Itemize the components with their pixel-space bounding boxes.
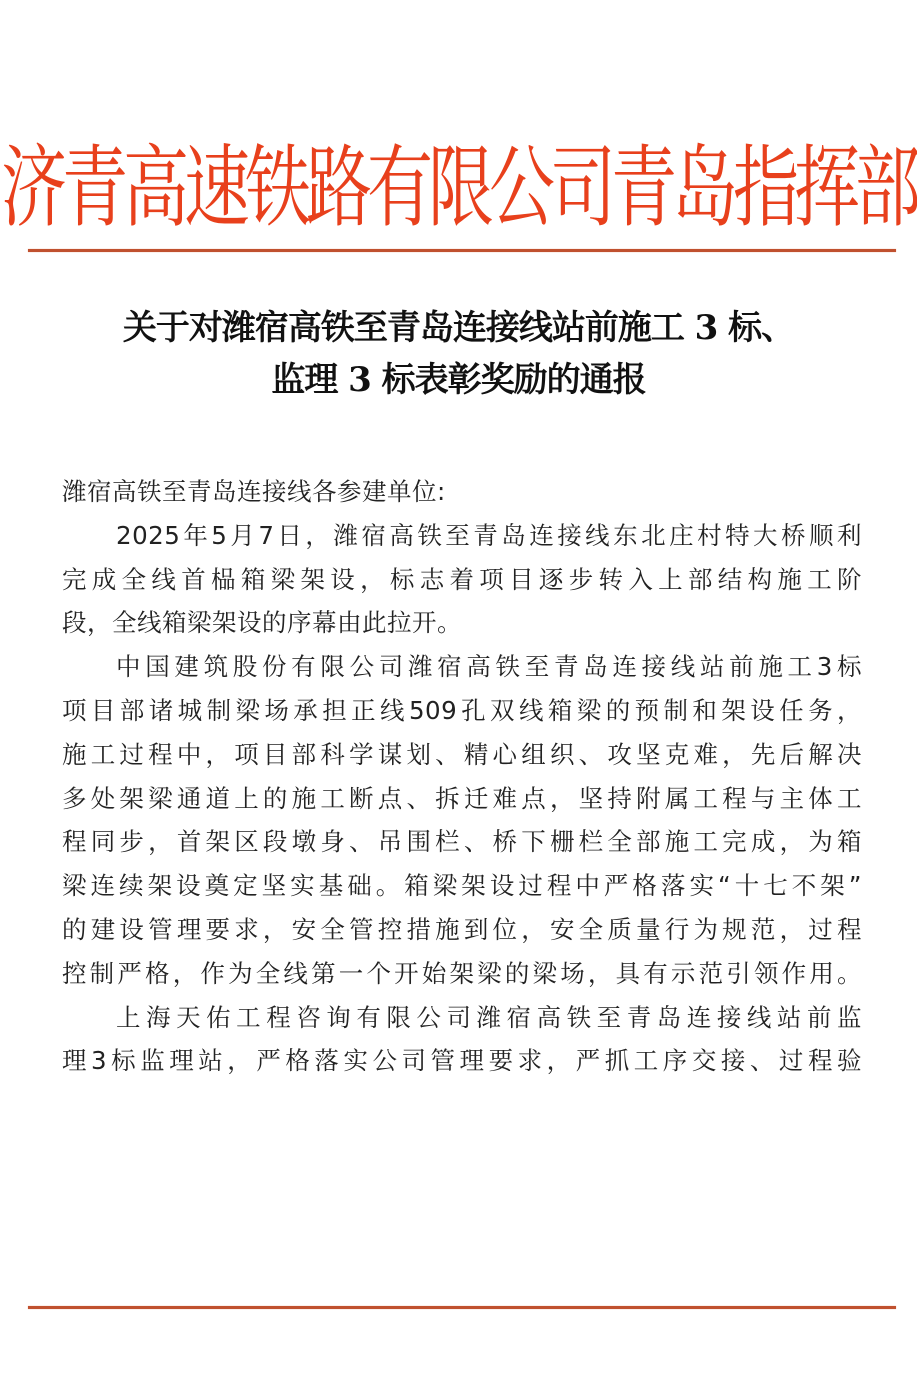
paragraph-2-line-6: 梁连续架设奠定坚实基础。箱梁架设过程中严格落实“十七不架”	[62, 864, 862, 908]
paragraph-2-line-3: 施工过程中，项目部科学谋划、精心组织、攻坚克难，先后解决	[62, 733, 862, 777]
masthead-divider	[28, 249, 896, 252]
paragraph-2-line-4: 多处架梁通道上的施工断点、拆迁难点，坚持附属工程与主体工	[62, 777, 862, 821]
paragraph-2-line-8: 控制严格，作为全线第一个开始架梁的梁场，具有示范引领作用。	[62, 952, 862, 996]
document-body: 潍宿高铁至青岛连接线各参建单位: 2025年5月7日，潍宿高铁至青岛连接线东北庄…	[62, 470, 862, 1083]
masthead-title: 济青高速铁路有限公司青岛指挥部	[0, 108, 917, 270]
paragraph-2-line-2: 项目部诸城制梁场承担正线509孔双线箱梁的预制和架设任务，	[62, 689, 862, 733]
paragraph-3-line-1: 上海天佑工程咨询有限公司潍宿高铁至青岛连接线站前监	[62, 996, 862, 1040]
document-title-line-1: 关于对潍宿高铁至青岛连接线站前施工 3 标、	[0, 302, 917, 354]
salutation: 潍宿高铁至青岛连接线各参建单位:	[62, 470, 862, 514]
paragraph-2-line-1: 中国建筑股份有限公司潍宿高铁至青岛连接线站前施工3标	[62, 645, 862, 689]
document-title-line-2: 监理 3 标表彰奖励的通报	[0, 354, 917, 406]
paragraph-2-line-5: 程同步，首架区段墩身、吊围栏、桥下栅栏全部施工完成，为箱	[62, 820, 862, 864]
paragraph-3-line-2: 理3标监理站，严格落实公司管理要求，严抓工序交接、过程验	[62, 1039, 862, 1083]
paragraph-1-line-1: 2025年5月7日，潍宿高铁至青岛连接线东北庄村特大桥顺利	[62, 514, 862, 558]
paragraph-2-line-7: 的建设管理要求，安全管控措施到位，安全质量行为规范，过程	[62, 908, 862, 952]
paragraph-1-line-2: 完成全线首榀箱梁架设，标志着项目逐步转入上部结构施工阶	[62, 558, 862, 602]
document-title: 关于对潍宿高铁至青岛连接线站前施工 3 标、 监理 3 标表彰奖励的通报	[0, 302, 917, 406]
footer-divider	[28, 1306, 896, 1309]
paragraph-1-line-3: 段，全线箱梁架设的序幕由此拉开。	[62, 601, 862, 645]
